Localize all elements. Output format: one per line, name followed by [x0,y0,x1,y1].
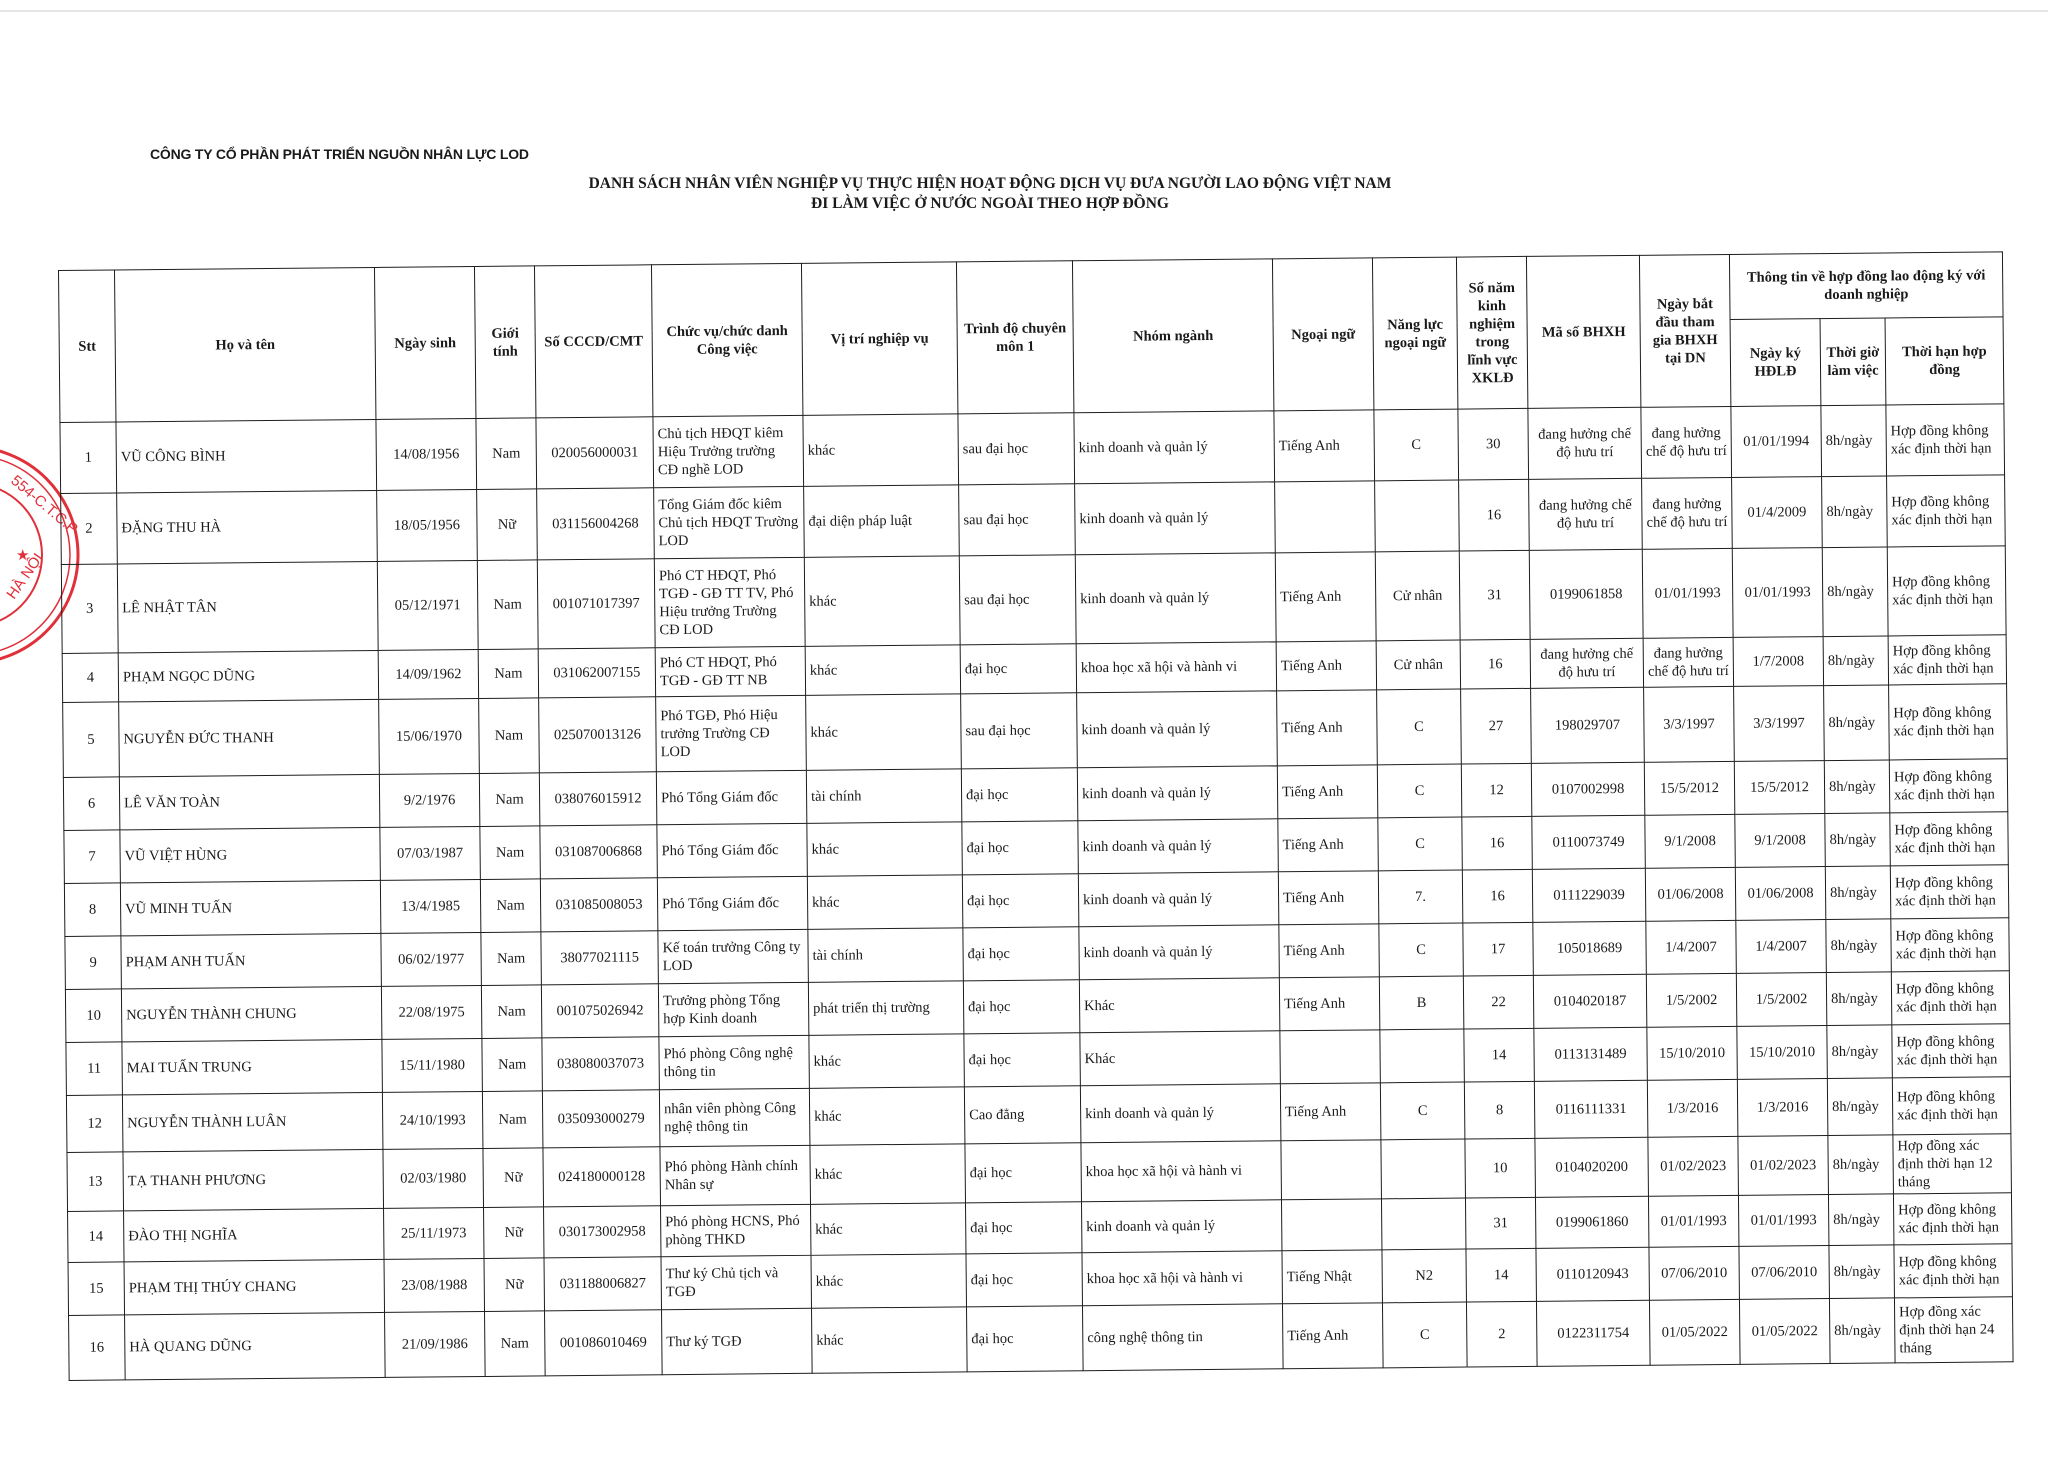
cell-education: sau đại học [958,413,1075,485]
cell-stt: 14 [68,1211,124,1263]
cell-dob: 14/09/1962 [378,649,478,699]
cell-sign-date: 01/02/2023 [1738,1136,1829,1196]
cell-bhxh-start: 01/05/2022 [1649,1299,1740,1365]
cell-position: Phó phòng HCNS, Phó phòng THKD [661,1204,811,1256]
cell-gender: Nam [482,1038,543,1092]
cell-sign-date: 01/06/2008 [1735,867,1826,921]
cell-dob: 25/11/1973 [384,1207,484,1259]
cell-stt: 16 [69,1315,126,1381]
cell-gender: Nam [485,1311,546,1377]
cell-language: Tiếng Anh [1282,1303,1383,1369]
cell-field: kinh doanh và quản lý [1080,1084,1281,1143]
cell-id: 038076015912 [539,772,657,826]
cell-role: khác [803,414,959,486]
cell-years: 16 [1462,816,1533,870]
cell-field: khoa học xã hội và hành vi [1076,642,1276,693]
cell-sign-date: 15/5/2012 [1734,761,1825,815]
cell-lang-level: 7. [1378,870,1463,924]
cell-gender: Nam [480,826,541,880]
cell-education: đại học [961,768,1078,822]
cell-lang-level: Cử nhân [1376,640,1460,690]
cell-field: kinh doanh và quản lý [1074,411,1275,484]
cell-bhxh-start: 15/10/2010 [1647,1026,1738,1080]
cell-gender: Nam [479,698,540,774]
cell-lang-level: B [1379,976,1464,1030]
header-language: Ngoại ngữ [1272,258,1373,411]
cell-bhxh-start: 1/5/2002 [1646,973,1737,1027]
cell-role: khác [809,1087,965,1145]
header-stt: Stt [59,270,116,423]
cell-term: Hợp đồng không xác định thời hạn [1887,475,2006,547]
title-line-2: ĐI LÀM VIỆC Ở NƯỚC NGOÀI THEO HỢP ĐỒNG [560,194,1420,214]
cell-sign-date: 1/4/2007 [1736,920,1827,974]
cell-position: Thư ký TGĐ [662,1308,813,1374]
header-bhxh: Mã số BHXH [1526,255,1640,408]
header-role: Vị trí nghiệp vụ [801,262,957,415]
cell-lang-level: Cử nhân [1375,551,1460,641]
cell-name: NGUYỄN THÀNH CHUNG [121,986,381,1041]
cell-language [1281,1140,1382,1200]
cell-role: khác [807,875,963,929]
cell-name: HÀ QUANG DŨNG [125,1312,386,1379]
cell-bhxh-start: 15/5/2012 [1644,761,1735,815]
header-term: Thời hạn hợp đồng [1885,317,2004,405]
cell-stt: 4 [62,653,118,703]
cell-bhxh: 0199061858 [1529,549,1643,639]
cell-gender: Nữ [477,489,538,561]
cell-education: đại học [966,1253,1083,1307]
cell-position: nhân viên phòng Công nghệ thông tin [659,1088,810,1146]
cell-dob: 9/2/1976 [379,773,480,827]
cell-id: 025070013126 [539,697,657,773]
cell-dob: 24/10/1993 [382,1091,483,1149]
cell-lang-level: N2 [1382,1249,1467,1303]
cell-stt: 11 [66,1042,123,1096]
cell-dob: 21/09/1986 [385,1311,486,1377]
cell-education: sau đại học [961,693,1078,769]
cell-education: sau đại học [959,484,1076,556]
cell-id: 020056000031 [536,417,654,489]
cell-lang-level: C [1374,409,1459,481]
cell-term: Hợp đồng không xác định thời hạn [1887,546,2006,636]
cell-term: Hợp đồng không xác định thời hạn [1888,635,2006,685]
cell-position: Phó Tổng Giám đốc [657,823,808,877]
cell-years: 14 [1464,1028,1535,1082]
cell-language: Tiếng Anh [1280,1083,1381,1141]
cell-education: đại học [965,1143,1082,1203]
cell-bhxh-start: 01/01/1993 [1648,1195,1738,1247]
cell-name: ĐẶNG THU HÀ [117,490,378,563]
cell-term: Hợp đồng không xác định thời hạn [1893,1193,2012,1245]
cell-bhxh: 0122311754 [1536,1300,1650,1366]
cell-dob: 06/02/1977 [381,932,482,986]
cell-role: khác [805,645,960,695]
cell-term: Hợp đồng không xác định thời hạn [1892,1077,2011,1135]
cell-hours: 8h/ngày [1827,1025,1893,1079]
cell-lang-level: C [1380,1082,1465,1140]
cell-bhxh-start: đang hưởng chế độ hưu trí [1643,637,1733,687]
cell-sign-date: 1/7/2008 [1733,637,1823,687]
cell-dob: 05/12/1971 [377,560,478,650]
cell-bhxh: 105018689 [1533,921,1647,975]
cell-sign-date: 9/1/2008 [1735,814,1826,868]
cell-sign-date: 3/3/1997 [1734,686,1825,762]
cell-sign-date: 1/5/2002 [1736,973,1827,1027]
cell-bhxh-start: 01/06/2008 [1645,867,1736,921]
cell-bhxh: 0110073749 [1532,815,1646,869]
cell-years: 12 [1461,763,1532,817]
staff-table: Stt Họ và tên Ngày sinh Giới tính Số CCC… [58,251,2014,1381]
cell-language: Tiếng Anh [1275,552,1376,642]
cell-years: 10 [1465,1138,1536,1198]
cell-stt: 1 [60,422,117,494]
cell-name: VŨ VIỆT HÙNG [120,827,380,882]
cell-gender: Nam [477,560,538,650]
cell-years: 17 [1463,922,1534,976]
cell-bhxh-start: 9/1/2008 [1645,814,1736,868]
cell-name: ĐÀO THỊ NGHĨA [124,1208,384,1261]
cell-bhxh-start: đang hưởng chế độ hưu trí [1642,477,1733,549]
header-id: Số CCCD/CMT [534,265,652,418]
cell-lang-level [1380,1029,1465,1083]
cell-bhxh: 0111229039 [1532,868,1646,922]
cell-language: Tiếng Anh [1278,818,1379,872]
cell-sign-date: 15/10/2010 [1737,1026,1828,1080]
cell-dob: 22/08/1975 [381,985,482,1039]
header-field: Nhóm ngành [1072,259,1273,413]
cell-bhxh: 0116111331 [1534,1080,1648,1138]
cell-gender: Nam [478,649,538,699]
cell-field: kinh doanh và quản lý [1081,1200,1281,1253]
cell-field: kinh doanh và quản lý [1078,872,1278,927]
cell-name: NGUYỄN THÀNH LUÂN [122,1092,383,1151]
cell-bhxh-start: 1/4/2007 [1646,920,1737,974]
cell-term: Hợp đồng không xác định thời hạn [1890,812,2009,866]
cell-stt: 2 [61,493,118,565]
cell-language [1275,481,1376,553]
cell-stt: 15 [68,1262,125,1316]
cell-gender: Nam [481,932,542,986]
cell-field: kinh doanh và quản lý [1075,482,1276,555]
cell-position: Phó TGĐ, Phó Hiệu trưởng Trường CĐ LOD [656,695,807,771]
cell-years: 16 [1462,869,1533,923]
cell-language: Tiếng Anh [1277,765,1378,819]
cell-gender: Nam [476,418,537,490]
header-dob: Ngày sinh [374,267,475,420]
cell-position: Thư ký Chủ tịch và TGĐ [661,1255,812,1309]
cell-term: Hợp đồng không xác định thời hạn [1886,404,2005,476]
cell-language: Tiếng Anh [1278,871,1379,925]
cell-term: Hợp đồng không xác định thời hạn [1889,759,2008,813]
cell-bhxh: 0104020200 [1535,1137,1649,1197]
cell-dob: 13/4/1985 [380,879,481,933]
cell-dob: 15/06/1970 [379,698,480,774]
cell-education: đại học [966,1306,1083,1372]
cell-stt: 10 [65,989,122,1043]
cell-name: PHẠM THỊ THÚY CHANG [124,1259,384,1314]
cell-sign-date: 1/3/2016 [1737,1079,1828,1137]
cell-role: khác [807,822,963,876]
cell-bhxh: 0199061860 [1535,1196,1648,1248]
cell-field: kinh doanh và quản lý [1075,553,1276,644]
cell-id: 038080037073 [542,1037,660,1091]
header-contract-group: Thông tin về hợp đồng lao động ký với do… [1729,252,2003,320]
cell-term: Hợp đồng không xác định thời hạn [1891,971,2010,1025]
cell-gender: Nữ [484,1207,544,1259]
cell-role: khác [806,694,962,770]
cell-bhxh: đang hưởng chế độ hưu trí [1530,638,1643,688]
cell-years: 14 [1466,1248,1537,1302]
header-position: Chức vụ/chức danh Công việc [651,263,802,416]
cell-name: PHẠM NGỌC DŨNG [118,650,378,701]
cell-hours: 8h/ngày [1824,760,1890,814]
cell-hours: 8h/ngày [1826,919,1892,973]
cell-hours: 8h/ngày [1825,866,1891,920]
header-lang-level: Năng lực ngoại ngữ [1372,257,1457,410]
cell-education: Cao đẳng [964,1086,1081,1144]
cell-language: Tiếng Anh [1276,641,1376,691]
company-name: CÔNG TY CỔ PHẦN PHÁT TRIỂN NGUỒN NHÂN LỰ… [150,146,529,162]
cell-education: đại học [960,644,1076,694]
cell-gender: Nam [479,773,540,827]
cell-education: sau đại học [959,555,1076,645]
cell-stt: 3 [61,564,118,654]
cell-bhxh-start: đang hưởng chế độ hưu trí [1641,406,1732,478]
table-header-row: Stt Họ và tên Ngày sinh Giới tính Số CCC… [59,252,2004,336]
cell-name: LÊ NHẬT TÂN [117,561,378,652]
cell-sign-date: 01/01/1994 [1731,406,1822,478]
cell-hours: 8h/ngày [1824,685,1890,761]
cell-stt: 6 [63,777,120,831]
cell-id: 031156004268 [537,488,655,560]
cell-role: tài chính [806,769,962,823]
cell-gender: Nữ [483,1148,544,1208]
cell-position: Chủ tịch HĐQT kiêm Hiệu Trưởng trường CĐ… [653,415,804,487]
cell-term: Hợp đồng không xác định thời hạn [1891,918,2010,972]
cell-dob: 18/05/1956 [377,489,478,561]
cell-bhxh: đang hưởng chế độ hưu trí [1528,407,1642,479]
cell-term: Hợp đồng xác định thời hạn 24 tháng [1894,1297,2013,1363]
cell-bhxh-start: 07/06/2010 [1649,1246,1740,1300]
cell-name: LÊ VĂN TOÀN [119,774,379,829]
cell-dob: 07/03/1987 [380,826,481,880]
cell-years: 22 [1463,975,1534,1029]
cell-position: Kế toán trưởng Công ty LOD [658,929,809,983]
cell-position: Tổng Giám đốc kiêm Chủ tịch HĐQT Trường … [654,486,805,558]
cell-education: đại học [965,1202,1081,1254]
cell-field: công nghệ thông tin [1082,1304,1283,1371]
cell-language [1281,1199,1381,1251]
cell-name: PHẠM ANH TUẤN [121,933,381,988]
cell-lang-level: C [1377,689,1462,765]
cell-gender: Nam [482,1091,543,1149]
cell-years: 31 [1459,550,1530,640]
cell-hours: 8h/ngày [1822,476,1888,548]
cell-sign-date: 01/01/1993 [1738,1195,1828,1247]
cell-id: 031085008053 [540,878,658,932]
cell-id: 024180000128 [543,1147,661,1207]
cell-role: khác [812,1307,968,1373]
cell-id: 001075026942 [541,984,659,1038]
cell-field: khoa học xã hội và hành vi [1082,1251,1282,1306]
cell-name: MAI TUẤN TRUNG [122,1039,382,1094]
cell-lang-level: C [1378,817,1463,871]
cell-language [1280,1030,1381,1084]
cell-name: NGUYỄN ĐỨC THANH [119,699,380,776]
cell-field: khoa học xã hội và hành vi [1081,1141,1282,1202]
cell-role: phát triển thị trường [808,981,964,1035]
cell-id: 031188006827 [544,1257,662,1311]
cell-id: 035093000279 [542,1090,660,1148]
cell-education: đại học [963,980,1080,1034]
cell-stt: 8 [64,883,121,937]
cell-role: khác [811,1203,966,1255]
cell-id: 031087006868 [540,825,658,879]
cell-name: VŨ MINH TUẤN [120,880,380,935]
cell-term: Hợp đồng xác định thời hạn 12 tháng [1893,1134,2012,1194]
cell-position: Phó phòng Công nghệ thông tin [659,1035,810,1089]
cell-role: khác [811,1254,967,1308]
header-hours: Thời giờ làm việc [1820,318,1886,406]
cell-field: Khác [1079,978,1279,1033]
cell-term: Hợp đồng không xác định thời hạn [1889,684,2008,760]
header-sign-date: Ngày ký HĐLĐ [1730,319,1821,407]
cell-position: Trưởng phòng Tổng hợp Kinh doanh [658,982,809,1036]
header-years: Số năm kinh nghiệm trong lĩnh vực XKLĐ [1456,256,1527,409]
cell-hours: 8h/ngày [1825,813,1891,867]
cell-education: đại học [964,1033,1081,1087]
cell-gender: Nam [481,985,542,1039]
header-education: Trình độ chuyên môn 1 [956,261,1073,414]
cell-years: 8 [1464,1081,1535,1139]
cell-position: Phó phòng Hành chính Nhân sự [660,1145,811,1205]
cell-language: Tiếng Nhật [1282,1250,1383,1304]
cell-position: Phó CT HĐQT, Phó TGĐ - GĐ TT TV, Phó Hiệ… [654,557,805,647]
cell-term: Hợp đồng không xác định thời hạn [1890,865,2009,919]
cell-lang-level [1381,1139,1466,1199]
cell-sign-date: 07/06/2010 [1739,1246,1830,1300]
cell-education: đại học [962,821,1079,875]
cell-stt: 9 [65,936,122,990]
cell-language: Tiếng Anh [1279,924,1380,978]
cell-stt: 13 [67,1152,124,1212]
cell-id: 001071017397 [537,559,655,649]
cell-education: đại học [962,874,1079,928]
cell-role: khác [809,1034,965,1088]
cell-field: kinh doanh và quản lý [1077,766,1277,821]
cell-hours: 8h/ngày [1826,972,1892,1026]
cell-lang-level: C [1382,1302,1467,1368]
cell-gender: Nữ [484,1258,545,1312]
cell-bhxh-start: 3/3/1997 [1644,686,1735,762]
scan-edge-line [0,10,2048,12]
cell-bhxh-start: 01/01/1993 [1642,548,1733,638]
cell-bhxh: 198029707 [1531,687,1645,763]
svg-text:★: ★ [16,547,29,564]
cell-position: Phó CT HĐQT, Phó TGĐ - GĐ TT NB [655,646,805,696]
cell-hours: 8h/ngày [1823,636,1888,686]
cell-bhxh-start: 01/02/2023 [1648,1136,1739,1196]
document-title: DANH SÁCH NHÂN VIÊN NGHIỆP VỤ THỰC HIỆN … [560,174,1420,214]
cell-gender: Nam [480,879,541,933]
cell-id: 38077021115 [541,931,659,985]
cell-role: khác [810,1144,966,1204]
cell-position: Phó Tổng Giám đốc [656,770,807,824]
cell-years: 2 [1466,1301,1537,1367]
cell-field: kinh doanh và quản lý [1079,925,1279,980]
cell-years: 30 [1458,408,1529,480]
cell-lang-level: C [1379,923,1464,977]
cell-stt: 12 [66,1095,123,1153]
cell-hours: 8h/ngày [1821,405,1887,477]
cell-bhxh: 0110120943 [1536,1247,1650,1301]
cell-id: 030173002958 [544,1206,661,1258]
cell-dob: 02/03/1980 [383,1148,484,1208]
cell-sign-date: 01/05/2022 [1739,1299,1830,1365]
header-name: Họ và tên [115,267,376,421]
cell-term: Hợp đồng không xác định thời hạn [1892,1024,2011,1078]
cell-hours: 8h/ngày [1829,1298,1895,1364]
cell-name: TẠ THANH PHƯƠNG [123,1149,384,1210]
cell-hours: 8h/ngày [1822,547,1888,637]
cell-hours: 8h/ngày [1828,1194,1893,1246]
cell-role: đại diện pháp luật [804,485,960,557]
cell-hours: 8h/ngày [1828,1135,1894,1195]
cell-field: kinh doanh và quản lý [1077,691,1278,768]
cell-lang-level [1375,480,1460,552]
cell-hours: 8h/ngày [1827,1078,1893,1136]
cell-bhxh: 0104020187 [1533,974,1647,1028]
cell-stt: 5 [63,702,120,778]
cell-field: kinh doanh và quản lý [1078,819,1278,874]
cell-field: Khác [1080,1031,1280,1086]
cell-language: Tiếng Anh [1277,690,1378,766]
cell-years: 31 [1465,1197,1535,1249]
cell-years: 27 [1461,688,1532,764]
cell-position: Phó Tổng Giám đốc [657,876,808,930]
cell-hours: 8h/ngày [1829,1245,1895,1299]
cell-lang-level [1381,1198,1465,1250]
cell-dob: 14/08/1956 [376,418,477,490]
cell-years: 16 [1460,639,1530,689]
cell-language: Tiếng Anh [1274,410,1375,482]
cell-name: VŨ CÔNG BÌNH [116,419,377,492]
cell-id: 031062007155 [538,648,655,698]
cell-role: khác [804,556,960,646]
cell-bhxh: 0113131489 [1534,1027,1648,1081]
cell-sign-date: 01/01/1993 [1732,548,1823,638]
cell-education: đại học [963,927,1080,981]
cell-lang-level: C [1377,764,1462,818]
cell-stt: 7 [64,830,121,884]
title-line-1: DANH SÁCH NHÂN VIÊN NGHIỆP VỤ THỰC HIỆN … [560,174,1420,194]
cell-dob: 23/08/1988 [384,1258,485,1312]
cell-term: Hợp đồng không xác định thời hạn [1894,1244,2013,1298]
header-gender: Giới tính [474,266,535,419]
cell-sign-date: 01/4/2009 [1732,477,1823,549]
cell-years: 16 [1459,479,1530,551]
cell-bhxh: đang hưởng chế độ hưu trí [1529,478,1643,550]
header-bhxh-start: Ngày bắt đầu tham gia BHXH tại DN [1639,254,1730,407]
cell-dob: 15/11/1980 [382,1038,483,1092]
cell-language: Tiếng Anh [1279,977,1380,1031]
cell-id: 001086010469 [545,1310,663,1376]
cell-bhxh: 0107002998 [1531,762,1645,816]
cell-bhxh-start: 1/3/2016 [1647,1079,1738,1137]
cell-role: tài chính [808,928,964,982]
